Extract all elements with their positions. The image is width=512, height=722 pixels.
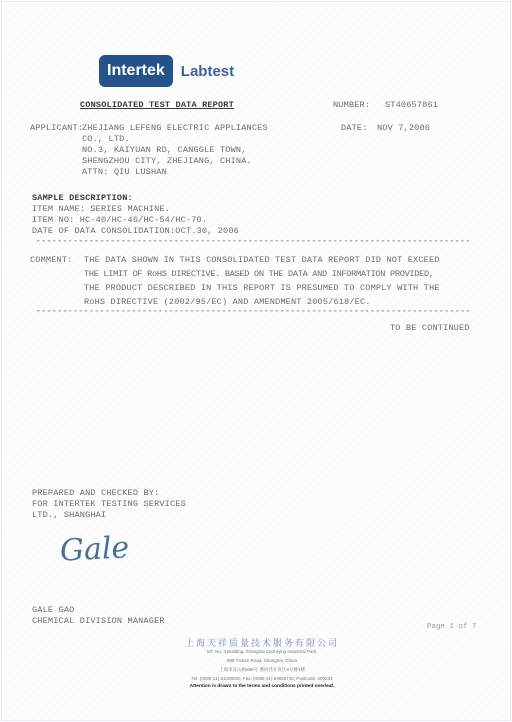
footer-address-1: 1/F, No. 4 Building, Shanghai Caohejing …	[132, 648, 392, 656]
item-name: ITEM NAME: SERIES MACHINE.	[32, 204, 170, 214]
comment-line: RoHS DIRECTIVE (2002/95/EC) AND AMENDMEN…	[84, 297, 371, 307]
signature: Gale	[59, 530, 130, 569]
report-date: NOV 7,2006	[377, 123, 430, 133]
applicant-line: CO., LTD.	[82, 134, 130, 144]
comment-line: THE LIMIT OF RoHS DIRECTIVE. BASED ON TH…	[84, 269, 434, 279]
document-page: Intertek Labtest CONSOLIDATED TEST DATA …	[1, 1, 511, 721]
signoff-line: LTD., SHANGHAI	[32, 510, 106, 520]
footer-address-cn: 上海市宜山路888号 漕河泾开发区4号楼1楼	[132, 666, 392, 674]
report-title: CONSOLIDATED TEST DATA REPORT	[80, 100, 234, 110]
report-number-label: NUMBER:	[333, 100, 370, 110]
footer-contact: Tel: (0086-21) 61008000, Fax: (0086-21) …	[132, 675, 392, 683]
to-be-continued: TO BE CONTINUED	[390, 323, 470, 333]
logo-division: Labtest	[181, 63, 234, 80]
date-label: DATE:	[341, 123, 368, 133]
logo-brand: Intertek	[99, 55, 173, 87]
comment-label: COMMENT:	[30, 255, 72, 265]
signer-position: CHEMICAL DIVISION MANAGER	[32, 616, 165, 626]
signoff-line: FOR INTERTEK TESTING SERVICES	[32, 499, 186, 509]
signoff-line: PREPARED AND CHECKED BY:	[32, 488, 159, 498]
comment-line: THE PRODUCT DESCRIBED IN THIS REPORT IS …	[84, 283, 440, 293]
applicant-line: ATTN: QIU LUSHAN	[82, 167, 167, 177]
applicant-label: APPLICANT:	[30, 123, 83, 133]
footer-address-2: 888 Yishan Road, Shanghai, China	[132, 657, 392, 665]
separator: ****************************************…	[36, 240, 488, 248]
applicant-line: ZHEJIANG LEFENG ELECTRIC APPLIANCES	[82, 123, 268, 133]
applicant-line: NO.3, KAIYUAN RD, CANGGLE TOWN,	[82, 145, 247, 155]
footer-notice: Attention is drawn to the terms and cond…	[132, 684, 392, 689]
intertek-logo: Intertek Labtest	[99, 54, 234, 88]
report-number: ST40657861	[385, 100, 438, 110]
date-of-consolidation: DATE OF DATA CONSOLIDATION:OCT.30, 2006	[32, 226, 239, 236]
separator: ****************************************…	[36, 310, 488, 318]
sample-heading: SAMPLE DESCRIPTION:	[32, 193, 133, 203]
applicant-line: SHENGZHOU CITY, ZHEJIANG, CHINA.	[82, 156, 252, 166]
page-number: Page 1 of 7	[427, 623, 477, 631]
item-no: ITEM NO: HC-40/HC-46/HC-54/HC-70.	[32, 215, 207, 225]
signer-name: GALE GAO	[32, 605, 74, 615]
comment-line: THE DATA SHOWN IN THIS CONSOLIDATED TEST…	[84, 255, 440, 265]
